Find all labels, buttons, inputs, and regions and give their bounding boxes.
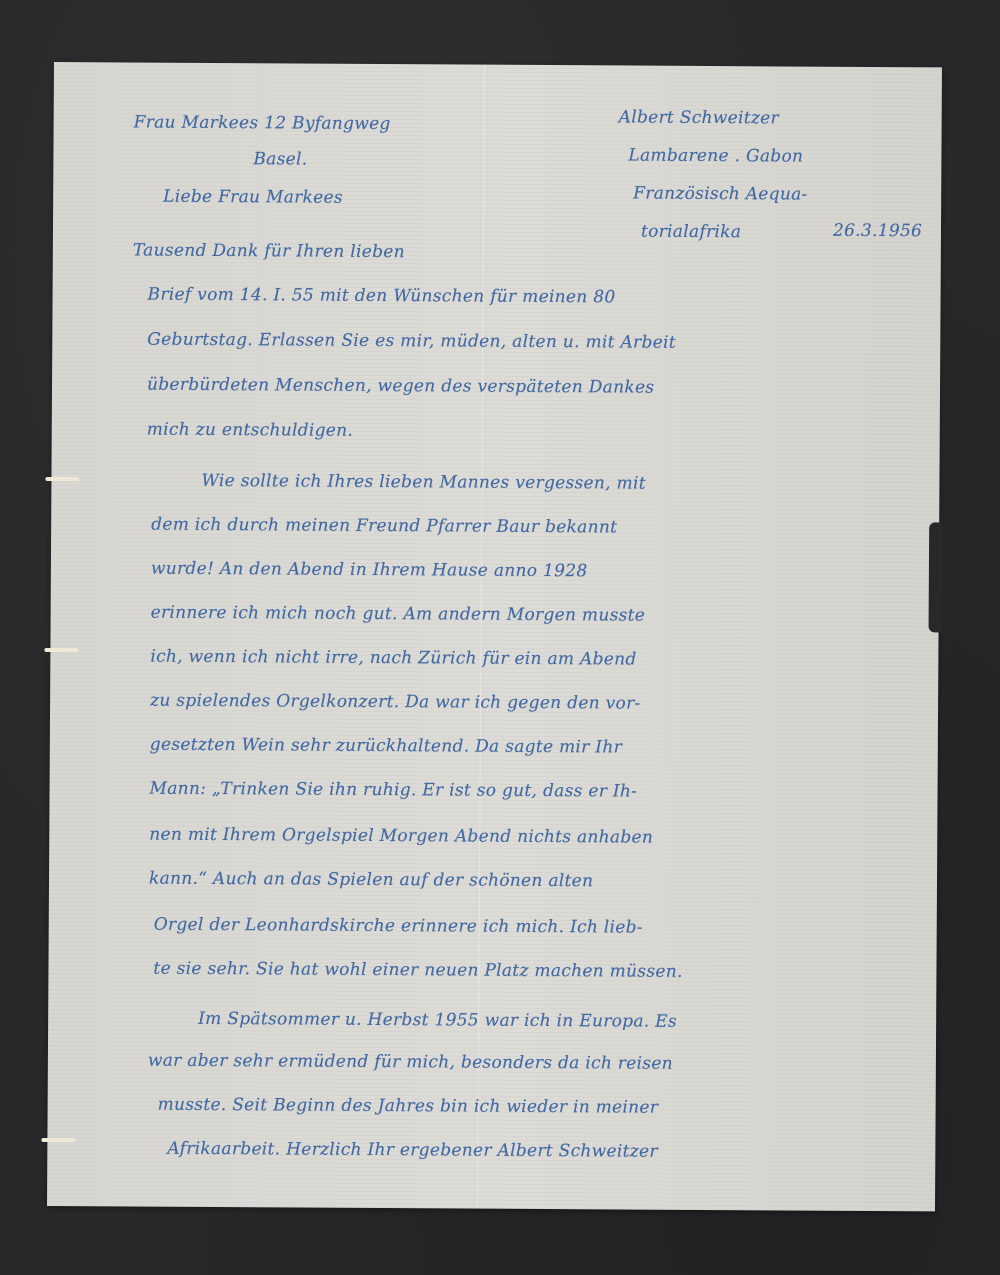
body-line: Tausend Dank für Ihren lieben [133, 240, 405, 262]
body-line: mich zu entschuldigen. [147, 420, 353, 441]
salutation: Liebe Frau Markees [163, 187, 343, 208]
body-line: nen mit Ihrem Orgelspiel Morgen Abend ni… [149, 825, 653, 848]
body-line: Im Spätsommer u. Herbst 1955 war ich in … [198, 1009, 677, 1032]
body-line: te sie sehr. Sie hat wohl einer neuen Pl… [153, 959, 682, 982]
recipient-address: Frau Markees 12 Byfangweg [134, 112, 391, 134]
body-line: zu spielendes Orgelkonzert. Da war ich g… [150, 691, 641, 714]
body-line: Wie sollte ich Ihres lieben Mannes verge… [201, 471, 646, 494]
sender-name: Albert Schweitzer [619, 107, 779, 128]
mounting-hinge [45, 477, 79, 481]
body-line: gesetzten Wein sehr zurückhaltend. Da sa… [150, 735, 622, 758]
body-line: ich, wenn ich nicht irre, nach Zürich fü… [150, 647, 636, 670]
body-line: wurde! An den Abend in Ihrem Hause anno … [151, 559, 588, 582]
body-line: kann.“ Auch an das Spielen auf der schön… [149, 869, 593, 892]
body-line: dem ich durch meinen Freund Pfarrer Baur… [151, 515, 617, 538]
mounting-hinge [41, 1138, 75, 1142]
sender-region-1: Französisch Aequa- [633, 184, 808, 205]
fold-crease [477, 65, 485, 1209]
body-line: war aber sehr ermüdend für mich, besonde… [148, 1051, 673, 1074]
body-line: Orgel der Leonhardskirche erinnere ich m… [154, 915, 643, 938]
body-line: musste. Seit Beginn des Jahres bin ich w… [158, 1095, 659, 1118]
body-line: Geburtstag. Erlassen Sie es mir, müden, … [147, 330, 676, 353]
body-line: Brief vom 14. I. 55 mit den Wünschen für… [148, 285, 616, 308]
sender-place: Lambarene . Gabon [628, 146, 803, 167]
closing-signature-line: Afrikaarbeit. Herzlich Ihr ergebener Alb… [167, 1139, 658, 1162]
mounting-hinge [44, 648, 78, 652]
letter-date: 26.3.1956 [833, 221, 922, 242]
torn-edge [929, 522, 944, 632]
body-line: überbürdeten Menschen, wegen des verspät… [147, 375, 654, 398]
recipient-city: Basel. [253, 149, 307, 169]
sender-region-2: torialafrika [641, 222, 741, 243]
body-line: Mann: „Trinken Sie ihn ruhig. Er ist so … [150, 779, 638, 802]
letter-paper: Frau Markees 12 Byfangweg Basel. Albert … [47, 62, 942, 1211]
body-line: erinnere ich mich noch gut. Am andern Mo… [151, 603, 646, 626]
